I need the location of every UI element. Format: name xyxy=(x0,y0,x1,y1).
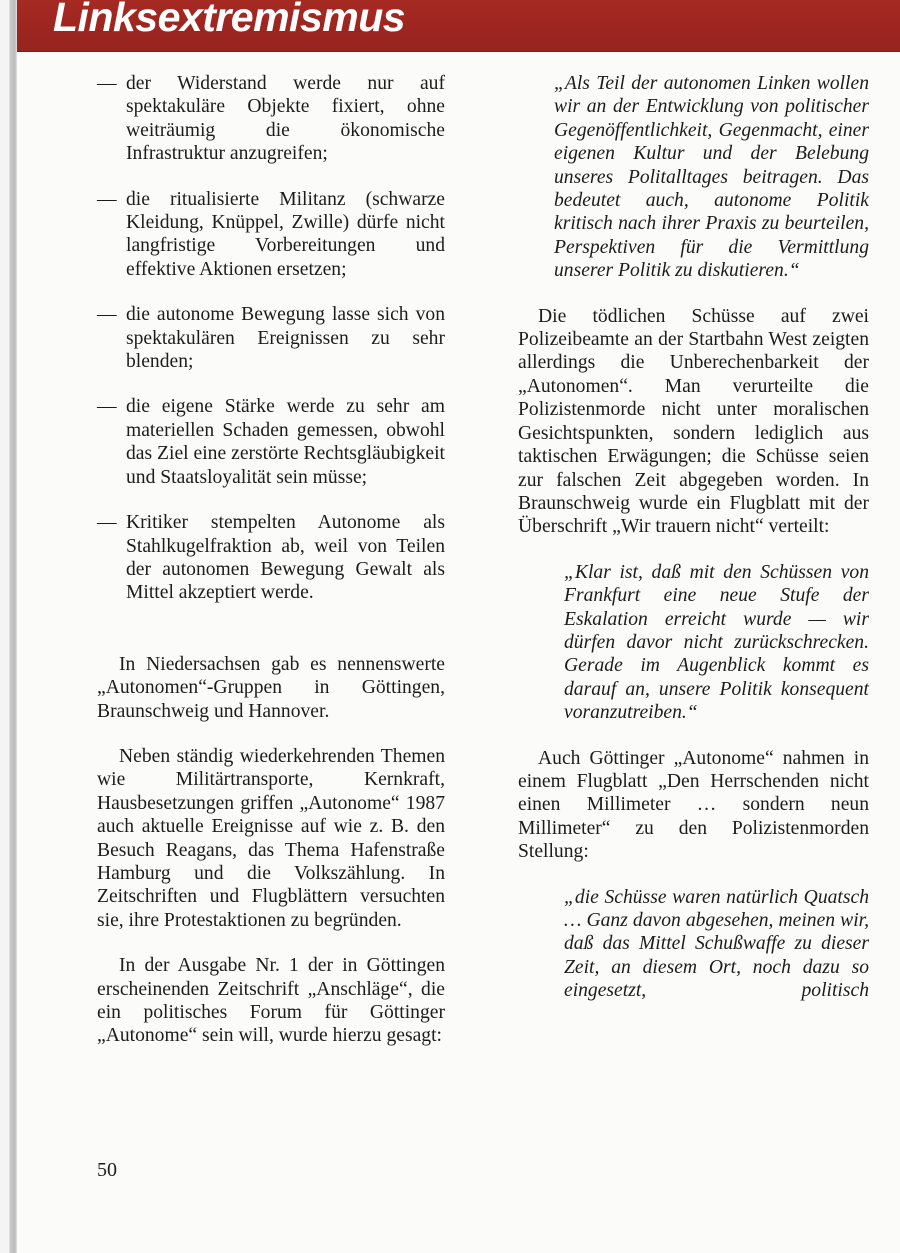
dash-list-item: — der Widerstand werde nur auf spektakul… xyxy=(97,72,445,166)
paragraph-anschlaege: In der Ausgabe Nr. 1 der in Göttingen er… xyxy=(97,954,445,1048)
dash-list-item: — die ritualisierte Militanz (schwarze K… xyxy=(97,188,445,282)
block-quote-anschlaege: „Als Teil der autonomen Linken wollen wi… xyxy=(554,72,869,283)
paragraph-niedersachsen: In Niedersachsen gab es nennenswerte „Au… xyxy=(97,653,445,723)
page-number: 50 xyxy=(97,1158,117,1182)
section-header-banner: Linksextremismus xyxy=(17,0,900,52)
em-dash-bullet: — xyxy=(97,72,117,95)
paragraph-themes: Neben ständig wiederkehrenden Themen wie… xyxy=(97,745,445,932)
dash-item-text: die ritualisierte Militanz (schwarze Kle… xyxy=(126,188,445,282)
em-dash-bullet: — xyxy=(97,511,117,534)
em-dash-bullet: — xyxy=(97,395,117,418)
block-quote-goettingen: „die Schüsse waren natürlich Quatsch … G… xyxy=(564,886,869,1003)
dash-item-text: Kritiker stempelten Autonome als Stahlku… xyxy=(126,511,445,605)
section-title: Linksextremismus xyxy=(53,0,405,42)
dash-item-text: die autonome Bewegung lasse sich von spe… xyxy=(126,303,445,373)
dash-list-item: — die eigene Stärke werde zu sehr am mat… xyxy=(97,395,445,489)
dash-list-item: — Kritiker stempelten Autonome als Stahl… xyxy=(97,511,445,605)
dash-list-item: — die autonome Bewegung lasse sich von s… xyxy=(97,303,445,373)
em-dash-bullet: — xyxy=(97,188,117,211)
dash-item-text: die eigene Stärke werde zu sehr am mater… xyxy=(126,395,445,489)
page-edge-shadow xyxy=(0,0,17,1253)
dash-item-text: der Widerstand werde nur auf spektakulär… xyxy=(126,72,445,166)
paragraph-goettingen: Auch Göttinger „Autonome“ nahmen in eine… xyxy=(518,747,869,864)
block-quote-braunschweig: „Klar ist, daß mit den Schüssen von Fran… xyxy=(564,561,869,725)
left-column: — der Widerstand werde nur auf spektakul… xyxy=(97,72,445,1048)
em-dash-bullet: — xyxy=(97,303,117,326)
right-column: „Als Teil der autonomen Linken wollen wi… xyxy=(540,72,869,1003)
paragraph-startbahn-west: Die tödlichen Schüsse auf zwei Polizeibe… xyxy=(518,305,869,539)
